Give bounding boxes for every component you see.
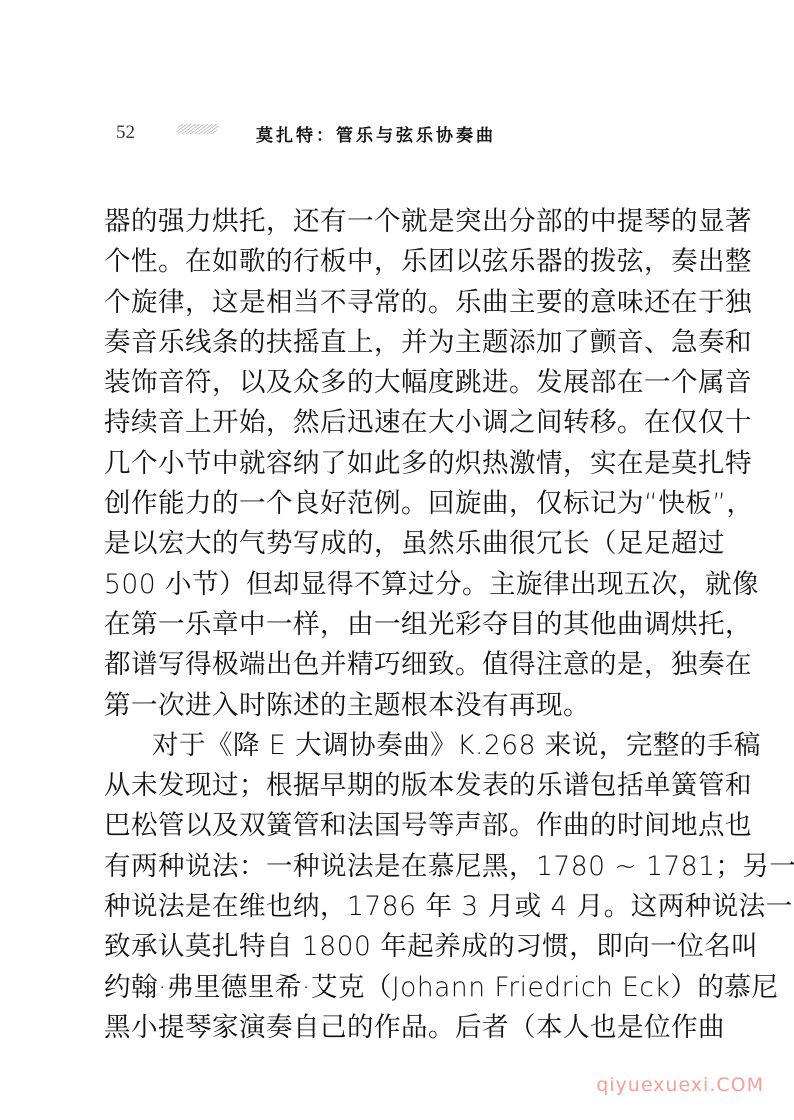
text-line: 有两种说法：一种说法是在慕尼黑，1780 ~ 1781；另一 <box>104 847 664 887</box>
text-line: 500 小节）但却显得不算过分。主旋律出现五次，就像 <box>104 565 664 605</box>
body-text: 器的强力烘托，还有一个就是突出分部的中提琴的显著 个性。在如歌的行板中，乐团以弦… <box>104 202 664 1048</box>
text-line: 约翰·弗里德里希·艾克（Johann Friedrich Eck）的慕尼 <box>104 968 664 1008</box>
text-line: 是以宏大的气势写成的，虽然乐曲很冗长（足足超过 <box>104 524 664 564</box>
text-line: 器的强力烘托，还有一个就是突出分部的中提琴的显著 <box>104 202 664 242</box>
running-title: 莫扎特：管乐与弦乐协奏曲 <box>256 121 496 146</box>
paragraph-start-line: 对于《降 E 大调协奏曲》K.268 来说，完整的手稿 <box>104 726 664 766</box>
text-line: 第一次进入时陈述的主题根本没有再现。 <box>104 686 664 726</box>
text-line: 巴松管以及双簧管和法国号等声部。作曲的时间地点也 <box>104 806 664 846</box>
text-line: 致承认莫扎特自 1800 年起养成的习惯，即向一位名叫 <box>104 927 664 967</box>
text-line: 都谱写得极端出色并精巧细致。值得注意的是，独奏在 <box>104 645 664 685</box>
header-ornament-icon <box>176 124 220 134</box>
text-line: 创作能力的一个良好范例。回旋曲，仅标记为“快板”， <box>104 484 664 524</box>
page-header: 52 莫扎特：管乐与弦乐协奏曲 <box>116 118 496 148</box>
text-line: 个性。在如歌的行板中，乐团以弦乐器的拨弦，奏出整 <box>104 242 664 282</box>
text-line: 种说法是在维也纳，1786 年 3 月或 4 月。这两种说法一 <box>104 887 664 927</box>
text-line: 持续音上开始，然后迅速在大小调之间转移。在仅仅十 <box>104 403 664 443</box>
text-line: 装饰音符，以及众多的大幅度跳进。发展部在一个属音 <box>104 363 664 403</box>
text-line: 几个小节中就容纳了如此多的炽热激情，实在是莫扎特 <box>104 444 664 484</box>
watermark: qiyuexuexi.COM <box>596 1074 764 1096</box>
text-line: 个旋律，这是相当不寻常的。乐曲主要的意味还在于独 <box>104 283 664 323</box>
text-line: 奏音乐线条的扶摇直上，并为主题添加了颤音、急奏和 <box>104 323 664 363</box>
page-number: 52 <box>116 122 176 144</box>
text-line: 在第一乐章中一样，由一组光彩夺目的其他曲调烘托， <box>104 605 664 645</box>
text-line: 黑小提琴家演奏自己的作品。后者（本人也是位作曲 <box>104 1008 664 1048</box>
text-line: 从未发现过；根据早期的版本发表的乐谱包括单簧管和 <box>104 766 664 806</box>
